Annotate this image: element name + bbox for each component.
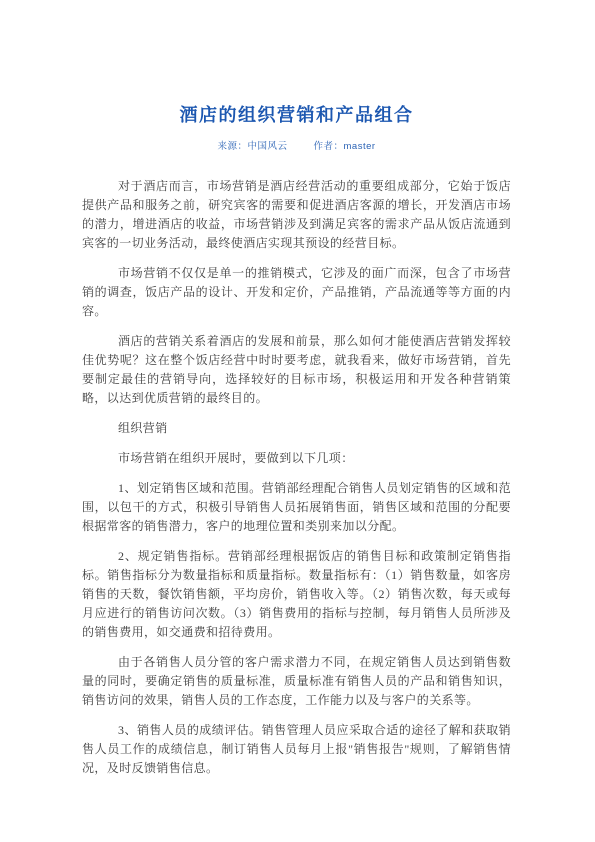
source-label: 来源： bbox=[217, 141, 247, 152]
source-value: 中国风云 bbox=[247, 141, 287, 152]
article-body: 对于酒店而言，市场营销是酒店经营活动的重要组成部分，它始于饭店提供产品和服务之前… bbox=[82, 177, 511, 778]
author-label: 作者： bbox=[313, 141, 343, 152]
document-page: 酒店的组织营销和产品组合 来源：中国风云作者：master 对于酒店而言，市场营… bbox=[0, 0, 595, 842]
paragraph: 组织营销 bbox=[82, 419, 511, 438]
author-group: 作者：master bbox=[313, 141, 375, 152]
source-group: 来源：中国风云 bbox=[217, 141, 287, 152]
paragraph: 1、划定销售区域和范围。营销部经理配合销售人员划定销售的区域和范围，以包干的方式… bbox=[82, 479, 511, 536]
paragraph: 由于各销售人员分管的客户需求潜力不同，在规定销售人员达到销售数量的同时，要确定销… bbox=[82, 653, 511, 710]
paragraph: 2、规定销售指标。营销部经理根据饭店的销售目标和政策制定销售指标。销售指标分为数… bbox=[82, 547, 511, 642]
meta-line: 来源：中国风云作者：master bbox=[82, 140, 511, 153]
paragraph: 市场营销不仅仅是单一的推销模式，它涉及的面广而深，包含了市场营销的调查，饭店产品… bbox=[82, 264, 511, 321]
author-value: master bbox=[344, 141, 376, 152]
paragraph: 3、销售人员的成绩评估。销售管理人员应采取合适的途径了解和获取销售人员工作的成绩… bbox=[82, 721, 511, 778]
paragraph: 市场营销在组织开展时，要做到以下几项： bbox=[82, 449, 511, 468]
paragraph: 对于酒店而言，市场营销是酒店经营活动的重要组成部分，它始于饭店提供产品和服务之前… bbox=[82, 177, 511, 253]
paragraph: 酒店的营销关系着酒店的发展和前景，那么如何才能使酒店营销发挥较佳优势呢？这在整个… bbox=[82, 332, 511, 408]
page-title: 酒店的组织营销和产品组合 bbox=[82, 103, 511, 127]
